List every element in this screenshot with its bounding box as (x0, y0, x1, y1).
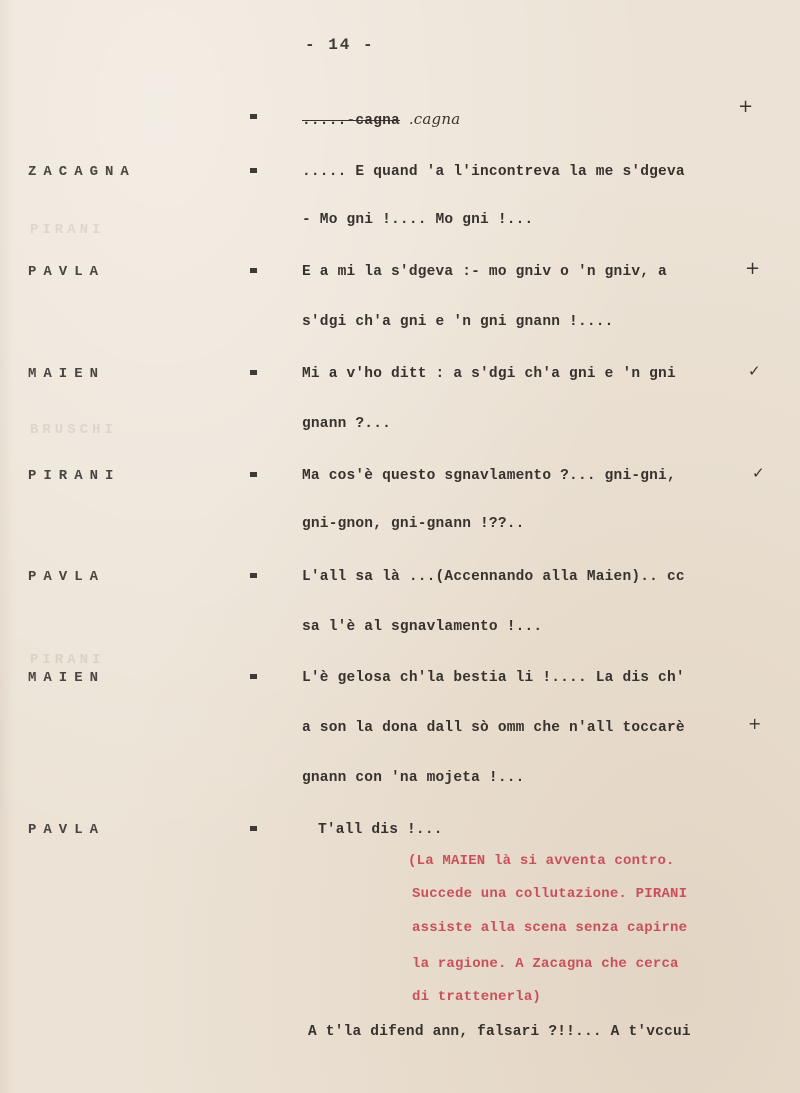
dialogue-dash (250, 168, 257, 173)
check-mark-icon: ✓ (752, 464, 765, 482)
margin-mark-icon: + (748, 714, 761, 733)
dialogue-entry: PAVLA T'all dis !... (0, 822, 800, 852)
handwritten-correction: .cagna (409, 110, 461, 128)
dialogue-entry: ZACAGNA ..... E quand 'a l'incontreva la… (0, 164, 800, 194)
stage-direction-line: la ragione. A Zacagna che cerca (412, 956, 679, 972)
speaker-name: MAIEN (28, 366, 105, 382)
dialogue-dash (250, 674, 257, 679)
first-line: .....-cagna .cagna (302, 110, 460, 129)
stage-direction-line: di trattenerla) (412, 989, 541, 1005)
dialogue-line: E a mi la s'dgeva :- mo gniv o 'n gniv, … (302, 264, 667, 280)
dialogue-line: gni-gnon, gni-gnann !??.. (302, 516, 525, 532)
dialogue-continuation: A t'la difend ann, falsari ?!!... A t'vc… (0, 1024, 800, 1054)
dialogue-line: sa l'è al sgnavlamento !... (302, 619, 542, 635)
dialogue-dash (250, 268, 257, 273)
dialogue-line: L'è gelosa ch'la bestia li !.... La dis … (302, 670, 685, 686)
dialogue-line: Ma cos'è questo sgnavlamento ?... gni-gn… (302, 468, 676, 484)
dialogue-dash (250, 472, 257, 477)
dialogue-dash (250, 114, 257, 119)
dialogue-entry: MAIEN L'è gelosa ch'la bestia li !.... L… (0, 670, 800, 700)
margin-mark-icon: + (738, 96, 753, 117)
dialogue-continuation: s'dgi ch'a gni e 'n gni gnann !.... (0, 314, 800, 344)
page-number: - 14 - (305, 36, 375, 54)
speaker-name: MAIEN (28, 670, 105, 686)
dialogue-line: gnann con 'na mojeta !... (302, 770, 525, 786)
dialogue-continuation: sa l'è al sgnavlamento !... (0, 619, 800, 649)
dialogue-line: L'all sa là ...(Accennando alla Maien)..… (302, 569, 685, 585)
dialogue-line: s'dgi ch'a gni e 'n gni gnann !.... (302, 314, 614, 330)
speaker-name: PIRANI (28, 468, 120, 484)
margin-mark-icon: + (745, 258, 760, 279)
dialogue-dash (250, 826, 257, 831)
dialogue-continuation: gnann ?... (0, 416, 800, 446)
dialogue-entry: PIRANI Ma cos'è questo sgnavlamento ?...… (0, 468, 800, 498)
dialogue-entry: PAVLA L'all sa là ...(Accennando alla Ma… (0, 569, 800, 599)
dialogue-line: A t'la difend ann, falsari ?!!... A t'vc… (308, 1024, 691, 1040)
dialogue-continuation: a son la dona dall sò omm che n'all tocc… (0, 720, 800, 750)
speaker-name: PAVLA (28, 569, 105, 585)
struck-text: .....-cagna (302, 113, 400, 129)
dialogue-dash (250, 573, 257, 578)
stage-direction-line: assiste alla scena senza capirne (412, 920, 687, 936)
dialogue-continuation: gni-gnon, gni-gnann !??.. (0, 516, 800, 546)
dialogue-dash (250, 370, 257, 375)
first-line-row: .....-cagna .cagna + (0, 110, 800, 140)
dialogue-line: Mi a v'ho ditt : a s'dgi ch'a gni e 'n g… (302, 366, 676, 382)
check-mark-icon: ✓ (748, 362, 761, 380)
dialogue-line: T'all dis !... (318, 822, 443, 838)
speaker-name: PAVLA (28, 822, 105, 838)
dialogue-line: - Mo gni !.... Mo gni !... (302, 212, 533, 228)
dialogue-line: ..... E quand 'a l'incontreva la me s'dg… (302, 164, 685, 180)
dialogue-line: gnann ?... (302, 416, 391, 432)
dialogue-line: a son la dona dall sò omm che n'all tocc… (302, 720, 685, 736)
dialogue-entry: MAIEN Mi a v'ho ditt : a s'dgi ch'a gni … (0, 366, 800, 396)
dialogue-continuation: - Mo gni !.... Mo gni !... (0, 212, 800, 242)
dialogue-entry: PAVLA E a mi la s'dgeva :- mo gniv o 'n … (0, 264, 800, 294)
stage-direction-line: Succede una collutazione. PIRANI (412, 886, 687, 902)
dialogue-continuation: gnann con 'na mojeta !... (0, 770, 800, 800)
speaker-name: ZACAGNA (28, 164, 136, 180)
bleed-through-text: PIRANI (30, 652, 104, 668)
speaker-name: PAVLA (28, 264, 105, 280)
stage-direction-line: (La MAIEN là si avventa contro. (408, 853, 675, 869)
typewritten-page: PIRANI BRUSCHI PIRANI - 14 - .....-cagna… (0, 0, 800, 1093)
